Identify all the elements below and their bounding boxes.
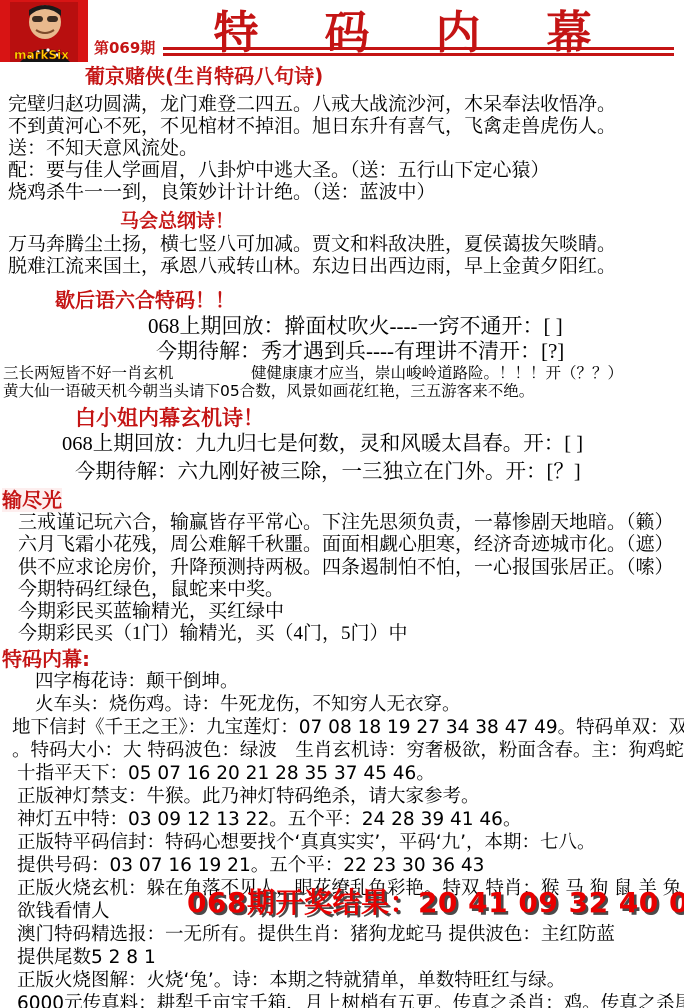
- poem-line: 六月飞霜小花残，周公难解千秋噩。面面相觑心胆寒，经济奇迹城市化。（遮）: [18, 534, 684, 556]
- previous-issue-replay: 068上期回放：九九归七是何数，灵和风暖太昌春。开：[ ]: [62, 430, 684, 458]
- section-heading-xiehouyu: 歇后语六合特码！！: [55, 288, 684, 312]
- weishu-line: 提供尾数5 2 8 1: [17, 947, 684, 969]
- issue-number: 第069期: [94, 37, 155, 58]
- poem-line: 烧鸡杀牛一一到，良策妙计计计绝。（送：蓝波中）: [8, 182, 684, 204]
- aomen-jingxuan-line: 澳门特码精选报：一无所有。提供生肖：猪狗龙蛇马 提供波色：主红防蓝: [17, 924, 684, 946]
- huoshao-tujie-line: 正版火烧图解：火烧‘兔’。诗：本期之特就猜单，单数特旺红与绿。: [17, 970, 684, 992]
- shendeng-wuzhongte-line: 神灯五中特：03 09 12 13 22。五个平：24 28 39 41 46。: [17, 809, 684, 831]
- poem-line: 今期彩民买（1门）输精光，买（4门，5门）中: [18, 623, 684, 645]
- current-issue-pending: 今期待解：秀才遇到兵----有理讲不清开：[?]: [156, 339, 684, 364]
- poem-line: 完壁归赵功圆满，龙门难登二四五。八戒大战流沙河，木呆奉法收悟净。: [8, 94, 684, 116]
- marksix-logo: markSix: [0, 0, 88, 62]
- yuqian-result-row: 欲钱看情人 068期开奖结果：20 41 09 32 40 03 T 47: [17, 901, 684, 923]
- section-heading-tema: 特码内幕:: [2, 648, 684, 671]
- zodiac-hint-line: 黄大仙一语破天机今朝当头请下05合数，风景如画花红艳，三五游客来不绝。: [3, 382, 684, 400]
- poem-line: 万马奔腾尘土扬，横七竖八可加减。贾文和料敌决胜，夏侯蔼拔矢啖睛。: [8, 234, 684, 256]
- section-heading-pujing: 葡京赌侠(生肖特码八句诗): [85, 64, 684, 88]
- draw-result-banner: 068期开奖结果：20 41 09 32 40 03 T 47: [187, 892, 684, 914]
- dixia-xinfeng-line: 地下信封《千王之王》：九宝莲灯：07 08 18 19 27 34 38 47 …: [12, 717, 684, 739]
- yuqian-line: 欲钱看情人: [17, 901, 110, 922]
- logo-text: markSix: [14, 48, 69, 62]
- section-heading-baixiaojie: 白小姐内幕玄机诗！: [75, 406, 684, 430]
- poem-line: 今期特码红绿色，鼠蛇来中奖。: [18, 579, 684, 601]
- shizhi-numbers-line: 十指平天下：05 07 16 20 21 28 35 37 45 46。: [17, 763, 684, 785]
- poem-line: 不到黄河心不死，不见棺材不掉泪。旭日东升有喜气，飞禽走兽虎伤人。: [8, 116, 684, 138]
- section-heading-mahui: 马会总纲诗！: [120, 210, 684, 232]
- tigong-haoma-line: 提供号码：03 07 16 19 21。五个平：22 23 30 36 43: [17, 855, 684, 877]
- logo-sunglasses: [32, 16, 43, 22]
- meihua-poem-line: 四字梅花诗：颠干倒坤。: [35, 671, 684, 693]
- shendeng-jinzhi-line: 正版神灯禁支：牛猴。此乃神灯特码绝杀，请大家参考。: [17, 786, 684, 808]
- tip-sheet-page: markSix 特码内幕 第069期 葡京赌侠(生肖特码八句诗) 完壁归赵功圆满…: [0, 0, 684, 1008]
- poem-line: 供不应求论房价，升降预测持两极。四条遏制怕不怕，一心报国张居正。（嗦）: [18, 557, 684, 579]
- tepingma-xinfeng-line: 正版特平码信封：特码心想要找个‘真真实实’，平码‘九’，本期：七八。: [17, 832, 684, 854]
- poem-line: 三戒谨记玩六合，输赢皆存平常心。下注先思须负责，一幕惨剧天地暗。（籁）: [18, 512, 684, 534]
- masthead: markSix 特码内幕 第069期: [0, 0, 684, 62]
- masthead-double-rule: [163, 47, 674, 56]
- huochetou-line: 火车头：烧伤鸡。诗：牛死龙伤，不知穷人无衣穿。: [35, 694, 684, 716]
- poem-line: 送：不知天意风流处。: [8, 138, 684, 160]
- current-issue-pending: 今期待解：六九刚好被三除，一三独立在门外。开：[？]: [75, 458, 684, 486]
- section-heading-shujinguang: 输尽光: [2, 488, 62, 512]
- zodiac-hint-line: 三长两短皆不好一肖玄机 健健康康才应当，崇山峻岭道路险。！！！开（？？）: [3, 364, 684, 382]
- daxiao-bose-line: 。特码大小：大 特码波色：绿波 生肖玄机诗：穷奢极欲，粉面含春。主：狗鸡蛇虎龙。: [12, 740, 684, 762]
- poem-line: 今期彩民买蓝输精光，买红绿中: [18, 601, 684, 623]
- poem-line: 配：要与佳人学画眉，八卦炉中逃大圣。（送：五行山下定心猿）: [8, 160, 684, 182]
- poem-line: 脱难江流来国土，承恩八戒转山林。东边日出西边雨，早上金黄夕阳红。: [8, 256, 684, 278]
- previous-issue-replay: 068上期回放：擀面杖吹火----一窍不通开：[ ]: [148, 314, 684, 339]
- chuanzhen-line: 6000元传真料：耕犁千亩宝千箱，月上树梢有五更。传真之杀肖：鸡。传真之杀尾：1: [17, 993, 684, 1008]
